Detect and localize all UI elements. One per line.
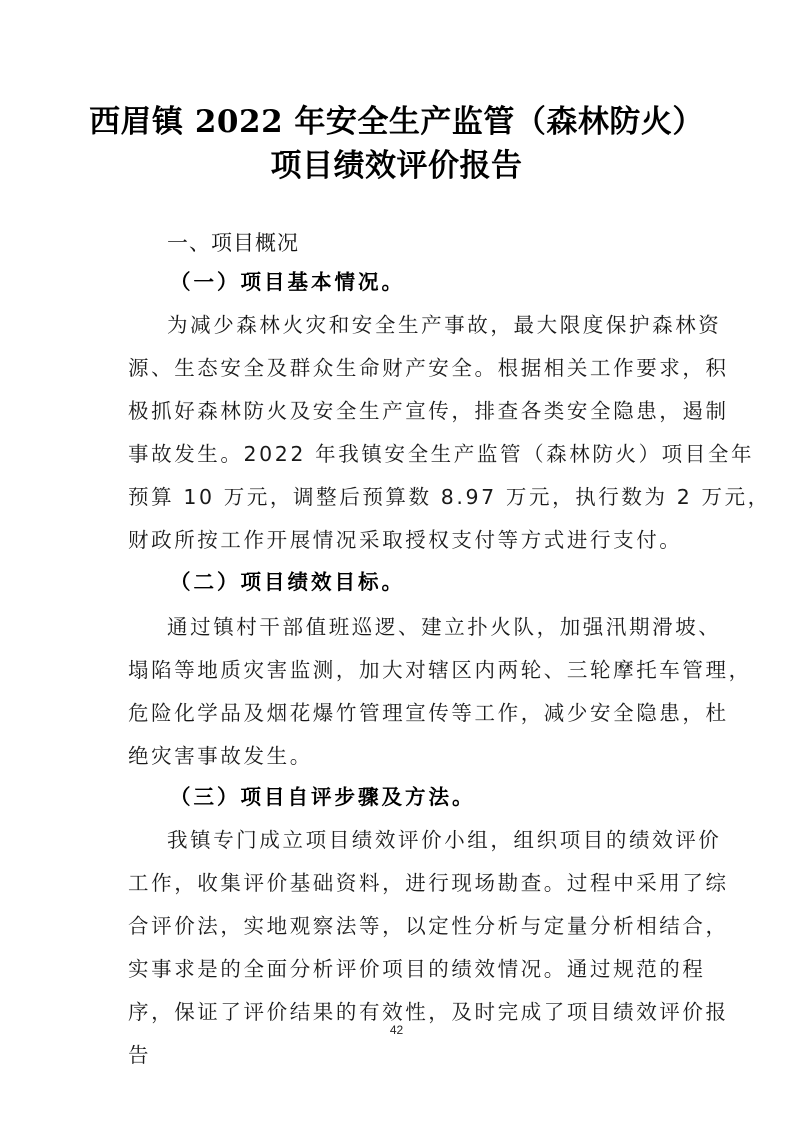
paragraph-line: 事故发生。2022 年我镇安全生产监管（森林防火）项目全年	[128, 440, 673, 468]
subsection-heading-basic-info: （一）项目基本情况。	[170, 268, 715, 296]
paragraph-line: 序，保证了评价结果的有效性，及时完成了项目绩效评价报	[128, 998, 673, 1026]
subsection-heading-self-evaluation: （三）项目自评步骤及方法。	[170, 783, 715, 811]
paragraph-line: 财政所按工作开展情况采取授权支付等方式进行支付。	[128, 526, 673, 554]
paragraph-line: 为减少森林火灾和安全生产事故，最大限度保护森林资	[167, 311, 712, 339]
paragraph-line: 绝灾害事故发生。	[128, 742, 673, 770]
paragraph-line: 塌陷等地质灾害监测，加大对辖区内两轮、三轮摩托车管理，	[128, 656, 673, 684]
section-heading-overview: 一、项目概况	[167, 229, 712, 257]
document-title-line-1: 西眉镇 2022 年安全生产监管（森林防火）	[0, 100, 793, 144]
paragraph-line: 实事求是的全面分析评价项目的绩效情况。通过规范的程	[128, 955, 673, 983]
paragraph-line: 源、生态安全及群众生命财产安全。根据相关工作要求，积	[128, 354, 673, 382]
document-page: 西眉镇 2022 年安全生产监管（森林防火） 项目绩效评价报告 一、项目概况 （…	[0, 0, 793, 1122]
paragraph-line: 通过镇村干部值班巡逻、建立扑火队，加强汛期滑坡、	[167, 613, 712, 641]
paragraph-line: 合评价法，实地观察法等，以定性分析与定量分析相结合，	[128, 912, 673, 940]
subsection-heading-performance-goals: （二）项目绩效目标。	[170, 568, 715, 596]
paragraph-line: 工作，收集评价基础资料，进行现场勘查。过程中采用了综	[128, 869, 673, 897]
paragraph-line: 预算 10 万元，调整后预算数 8.97 万元，执行数为 2 万元，	[128, 483, 673, 511]
paragraph-line: 极抓好森林防火及安全生产宣传，排查各类安全隐患，遏制	[128, 397, 673, 425]
page-number: 42	[0, 1023, 793, 1037]
document-title-line-2: 项目绩效评价报告	[0, 144, 793, 188]
paragraph-line: 我镇专门成立项目绩效评价小组，组织项目的绩效评价	[167, 826, 712, 854]
paragraph-line: 危险化学品及烟花爆竹管理宣传等工作，减少安全隐患，杜	[128, 699, 673, 727]
paragraph-line: 告	[128, 1041, 673, 1069]
